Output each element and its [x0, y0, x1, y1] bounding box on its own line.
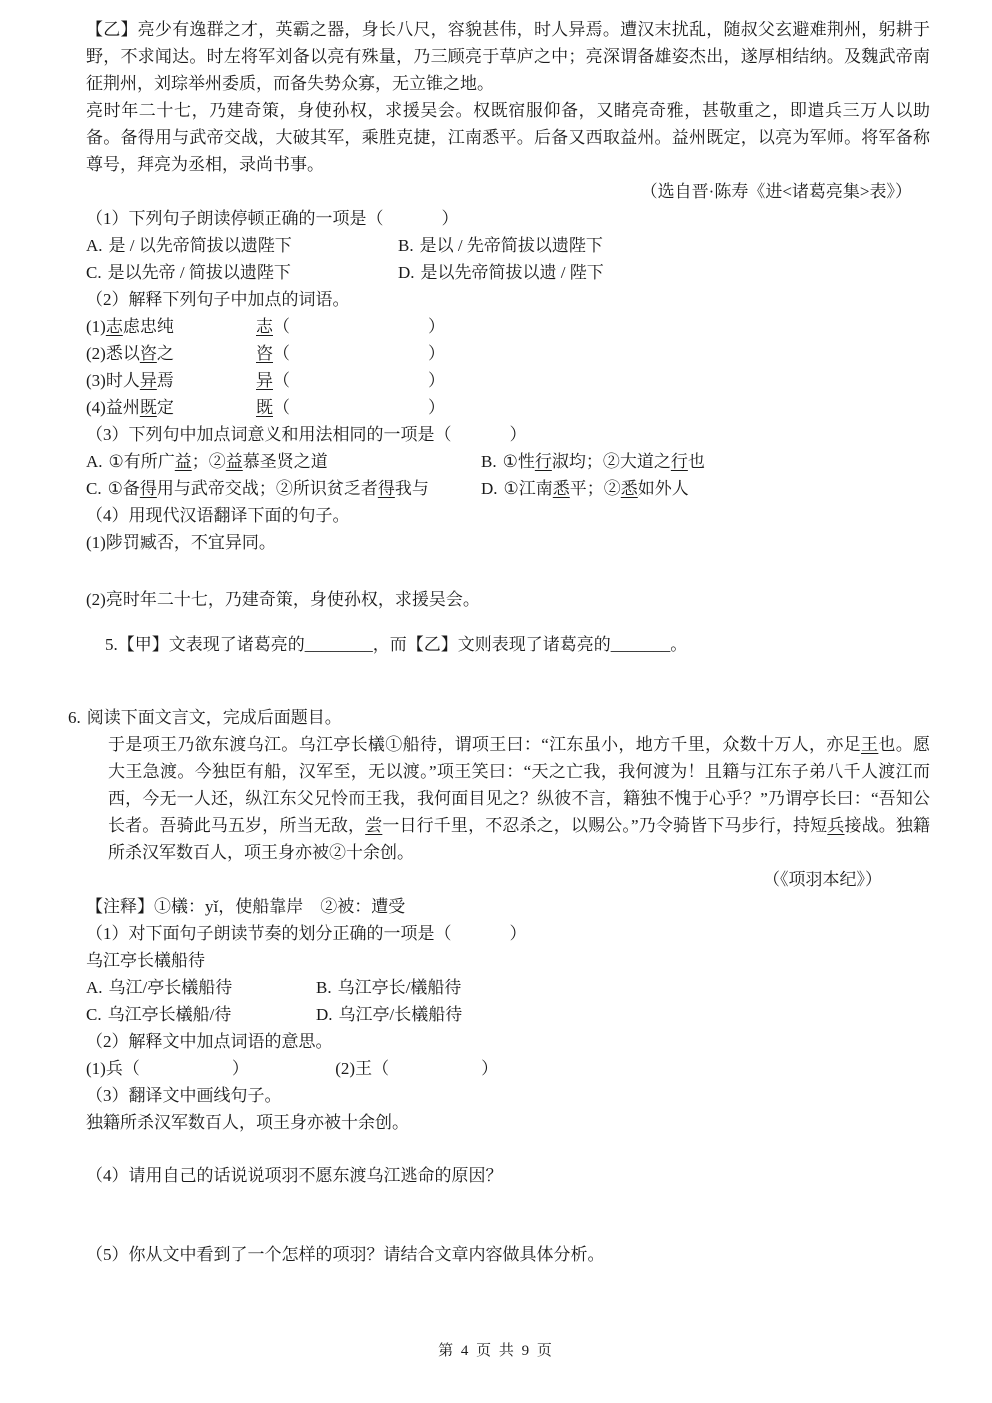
q3-answer-paren: （） [435, 421, 527, 448]
q3-option-d: D.①江南悉平；②悉如外人 [481, 475, 689, 502]
q6-sub5-stem: （5）你从文中看到了一个怎样的项羽？请结合文章内容做具体分析。 [86, 1241, 930, 1268]
q6-sub1-options-row-1: A.乌江/亭长檥船待 B.乌江亭长/檥船待 [86, 974, 930, 1001]
q6-note: 【注释】①檥：yǐ，使船靠岸 ②被：遭受 [86, 893, 930, 920]
q1-options-row-1: A.是 / 以先帝简拔以遗陛下 B.是以 / 先帝简拔以遗陛下 [86, 232, 930, 259]
q3-options-row-2: C.①备得用与武帝交战；②所识贫乏者得我与 D.①江南悉平；②悉如外人 [86, 475, 930, 502]
q2-item-2-blank: （） [273, 340, 445, 367]
q6-sub2-item-1-blank: （） [123, 1055, 249, 1082]
q5-blank-2: _______ [611, 635, 671, 654]
q6-sub1-option-a: A.乌江/亭长檥船待 [86, 974, 316, 1001]
q2-item-3-blank: （） [273, 367, 445, 394]
q2-item-4: (4)益州既定既（） [86, 394, 930, 421]
q2-stem: （2）解释下列句子中加点的词语。 [86, 286, 930, 313]
q6-sub3-stem: （3）翻译文中画线句子。 [86, 1082, 930, 1109]
q1-options-row-2: C.是以先帝 / 简拔以遗陛下 D.是以先帝简拔以遗 / 陛下 [86, 259, 930, 286]
q6-intro: 6.阅读下面文言文，完成后面题目。 [68, 704, 930, 731]
page-number-footer: 第 4 页 共 9 页 [0, 1338, 992, 1365]
q4-stem: （4）用现代汉语翻译下面的句子。 [86, 502, 930, 529]
q2-item-4-blank: （） [273, 394, 445, 421]
q6-sub1-option-d: D.乌江亭/长檥船待 [316, 1001, 462, 1028]
q4-sentence-1: (1)陟罚臧否，不宜异同。 [86, 529, 930, 556]
q6-sub2-item-2: (2)王（） [335, 1059, 498, 1078]
q1-option-c: C.是以先帝 / 简拔以遗陛下 [86, 259, 398, 286]
passage-yi-para2: 亮时年二十七，乃建奇策，身使孙权，求援吴会。权既宿服仰备，又睹亮奇雅，甚敬重之，… [86, 97, 930, 178]
q6-sub2-item-1: (1)兵（） [86, 1055, 331, 1082]
q1-option-a: A.是 / 以先帝简拔以遗陛下 [86, 232, 398, 259]
exam-page: 【乙】亮少有逸群之才，英霸之器，身长八尺，容貌甚伟，时人异焉。遭汉末扰乱，随叔父… [0, 0, 992, 1403]
q1-stem: （1）下列句子朗读停顿正确的一项是（） [86, 205, 930, 232]
q6-passage: 于是项王乃欲东渡乌江。乌江亭长檥①船待，谓项王曰：“江东虽小，地方千里，众数十万… [108, 731, 930, 866]
q2-item-1-blank: （） [273, 313, 445, 340]
q5-blank-1: ________ [305, 635, 373, 654]
q2-item-2: (2)悉以咨之咨（） [86, 340, 930, 367]
q6-passage-source: （《项羽本纪》） [86, 866, 882, 893]
q3-option-c: C.①备得用与武帝交战；②所识贫乏者得我与 [86, 475, 481, 502]
q6-sub2-stem: （2）解释文中加点词语的意思。 [86, 1028, 930, 1055]
passage-yi-para1: 【乙】亮少有逸群之才，英霸之器，身长八尺，容貌甚伟，时人异焉。遭汉末扰乱，随叔父… [86, 16, 930, 97]
q2-item-3: (3)时人异焉异（） [86, 367, 930, 394]
q6-sub4-stem: （4）请用自己的话说说项羽不愿东渡乌江逃命的原因？ [86, 1162, 930, 1189]
q1-option-b: B.是以 / 先帝简拔以遗陛下 [398, 232, 603, 259]
q6-sub1-options-row-2: C.乌江亭长檥船/待 D.乌江亭/长檥船待 [86, 1001, 930, 1028]
q3-stem: （3）下列句中加点词意义和用法相同的一项是（） [86, 421, 930, 448]
q3-option-b: B.①性行淑均；②大道之行也 [481, 448, 705, 475]
q4-sentence-2: (2)亮时年二十七，乃建奇策，身使孙权，求援吴会。 [86, 586, 930, 613]
q6-sub2-items: (1)兵（） (2)王（） [86, 1055, 930, 1082]
q6-sub1-stem: （1）对下面句子朗读节奏的划分正确的一项是（） [86, 920, 930, 947]
q2-item-1: (1)志虑忠纯志（） [86, 313, 930, 340]
q5-fill-blank: 5.【甲】文表现了诸葛亮的________，而【乙】文则表现了诸葛亮的_____… [105, 631, 930, 658]
q1-stem-text: （1）下列句子朗读停顿正确的一项是 [86, 209, 367, 228]
q6-sub3-sentence: 独籍所杀汉军数百人，项王身亦被十余创。 [86, 1109, 930, 1136]
q6-sub1-option-b: B.乌江亭长/檥船待 [316, 974, 461, 1001]
passage-yi-source: （选自晋·陈寿《进<诸葛亮集>表》） [86, 178, 912, 205]
q3-option-a: A.①有所广益；②益慕圣贤之道 [86, 448, 481, 475]
q6-sub2-item-2-blank: （） [372, 1055, 498, 1082]
q6-sub1-sentence: 乌江亭长檥船待 [86, 947, 930, 974]
q6-sub1-option-c: C.乌江亭长檥船/待 [86, 1001, 316, 1028]
q3-options-row-1: A.①有所广益；②益慕圣贤之道 B.①性行淑均；②大道之行也 [86, 448, 930, 475]
q6-number: 6. [68, 708, 81, 727]
q1-option-d: D.是以先帝简拔以遗 / 陛下 [398, 259, 604, 286]
q1-answer-paren: （） [367, 205, 459, 232]
q6-sub1-answer-paren: （） [435, 920, 527, 947]
